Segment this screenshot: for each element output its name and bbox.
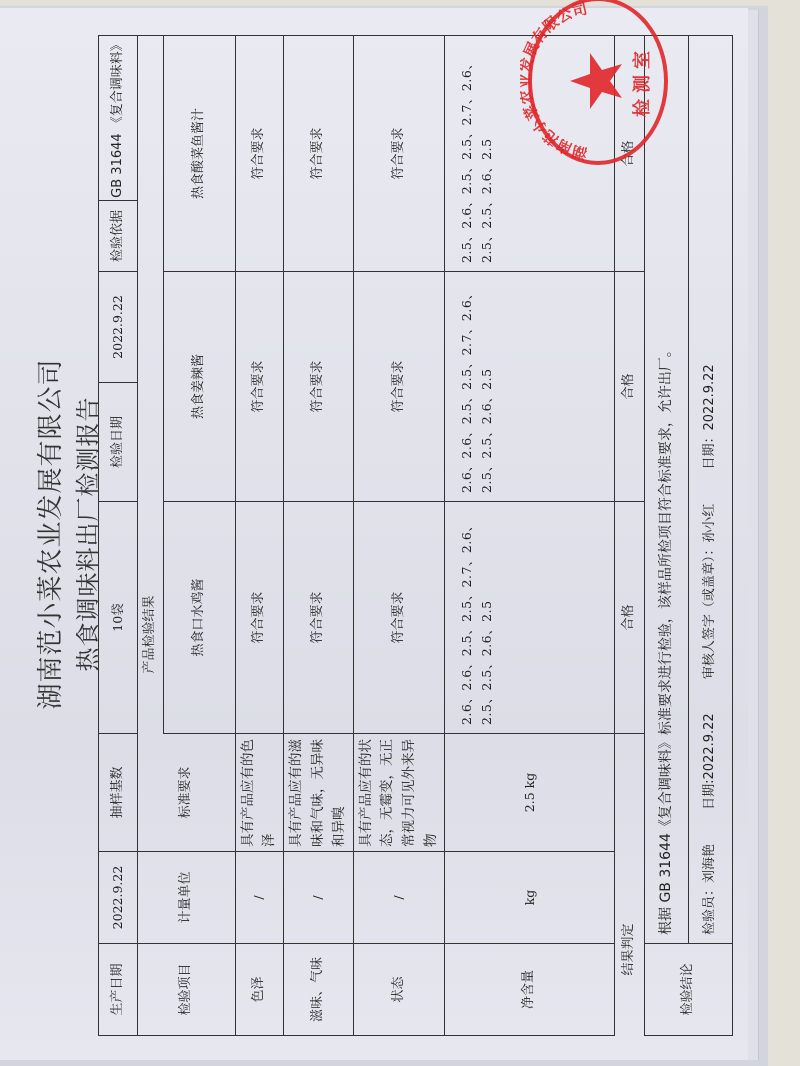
row-standard: 具有产品应有的滋味和气味，无异味和异嗅: [283, 734, 353, 852]
inspection-table: 生产日期 2022.9.22 抽样基数 10袋 检验日期 2022.9.22 检…: [98, 35, 733, 1036]
col-item-header: 检验项目: [138, 944, 236, 1036]
row-standard: 2.5 kg: [445, 734, 615, 852]
company-name: 湖南范小菜农业发展有限公司: [30, 8, 67, 1060]
row-item: 色泽: [235, 944, 283, 1036]
production-date-label: 生产日期: [99, 944, 138, 1036]
row-result: 符合要求: [235, 36, 283, 272]
table-row: 色泽 / 具有产品应有的色泽 符合要求 符合要求 符合要求: [235, 36, 283, 1036]
row-unit: /: [353, 852, 444, 944]
row-result: 符合要求: [283, 502, 353, 734]
production-date: 2022.9.22: [99, 852, 138, 944]
row-result: 符合要求: [235, 272, 283, 502]
table-row-net-weight: 净含量 kg 2.5 kg 2.6、2.6、2.5、2.5、2.7、2.6、2.…: [445, 36, 615, 1036]
row-result: 2.6、2.6、2.5、2.5、2.7、2.6、2.5、2.5、2.6、2.5: [445, 272, 615, 502]
reviewer: 审核人签字（或盖章）：孙小红: [702, 504, 717, 680]
report-page: 湖南范小菜农业发展有限公司 热食调味料出厂检测报告 生产日期 2022.9.22…: [0, 8, 748, 1060]
row-result: 符合要求: [353, 502, 444, 734]
judgement-label: 结果判定: [615, 734, 645, 1036]
row-standard: 具有产品应有的色泽: [235, 734, 283, 852]
results-header: 产品检验结果: [138, 36, 164, 734]
row-item: 净含量: [445, 944, 615, 1036]
row-item: 滋味、气味: [283, 944, 353, 1036]
judgement-1: 合格: [615, 502, 645, 734]
inspector: 检验员：刘海艳: [702, 844, 717, 935]
table-row: 状态 / 具有产品应有的状态，无霉变，无正常视力可见外来异物 符合要求 符合要求…: [353, 36, 444, 1036]
product-3-name: 热食酸菜鱼酱汁: [163, 36, 235, 272]
conclusion-text: 根据 GB 31644《复合调味料》标准要求进行检验，该样品所检项目符合标准要求…: [645, 36, 689, 944]
conclusion-row: 检验结论 根据 GB 31644《复合调味料》标准要求进行检验，该样品所检项目符…: [645, 36, 689, 1036]
info-row: 生产日期 2022.9.22 抽样基数 10袋 检验日期 2022.9.22 检…: [99, 36, 138, 1036]
signature-cell: 检验员：刘海艳 日期:2022.9.22 审核人签字（或盖章）：孙小红 日期：2…: [689, 36, 733, 944]
inspection-date-cell: 检验日期 2022.9.22: [99, 272, 138, 502]
row-result: 符合要求: [353, 36, 444, 272]
col-unit-header: 计量单位: [138, 852, 236, 944]
row-result: 2.6、2.6、2.5、2.5、2.7、2.6、2.5、2.5、2.6、2.5: [445, 502, 615, 734]
inspection-date-label: 检验日期: [99, 382, 137, 501]
row-unit: /: [235, 852, 283, 944]
row-result: 2.5、2.6、2.5、2.5、2.7、2.6、2.5、2.5、2.6、2.5: [445, 36, 615, 272]
row-standard: 具有产品应有的状态，无霉变，无正常视力可见外来异物: [353, 734, 444, 852]
inspection-date: 2022.9.22: [99, 272, 137, 382]
product-2-name: 热食姜辣酱: [163, 272, 235, 502]
table-row: 滋味、气味 / 具有产品应有的滋味和气味，无异味和异嗅 符合要求 符合要求 符合…: [283, 36, 353, 1036]
inspector-date: 日期:2022.9.22: [702, 713, 717, 810]
basis-value: GB 31644 《复合调味料》: [99, 36, 137, 200]
judgement-3: 合格: [615, 36, 645, 272]
row-result: 符合要求: [283, 36, 353, 272]
sample-qty-label: 抽样基数: [99, 734, 138, 852]
row-result: 符合要求: [353, 272, 444, 502]
judgement-row: 结果判定 合格 合格 合格: [615, 36, 645, 1036]
row-result: 符合要求: [235, 502, 283, 734]
row-unit: kg: [445, 852, 615, 944]
conclusion-label: 检验结论: [645, 944, 733, 1036]
col-standard-header: 标准要求: [138, 734, 236, 852]
sample-qty: 10袋: [99, 502, 138, 734]
row-result: 符合要求: [283, 272, 353, 502]
product-1-name: 热食口水鸡酱: [163, 502, 235, 734]
header-row-1: 检验项目 计量单位 标准要求 产品检验结果: [138, 36, 164, 1036]
judgement-2: 合格: [615, 272, 645, 502]
row-unit: /: [283, 852, 353, 944]
basis-cell: 检验依据 GB 31644 《复合调味料》: [99, 36, 138, 272]
reviewer-date: 日期：2022.9.22: [702, 364, 717, 469]
basis-label: 检验依据: [99, 200, 137, 271]
signature-row: 检验员：刘海艳 日期:2022.9.22 审核人签字（或盖章）：孙小红 日期：2…: [689, 36, 733, 1036]
row-item: 状态: [353, 944, 444, 1036]
